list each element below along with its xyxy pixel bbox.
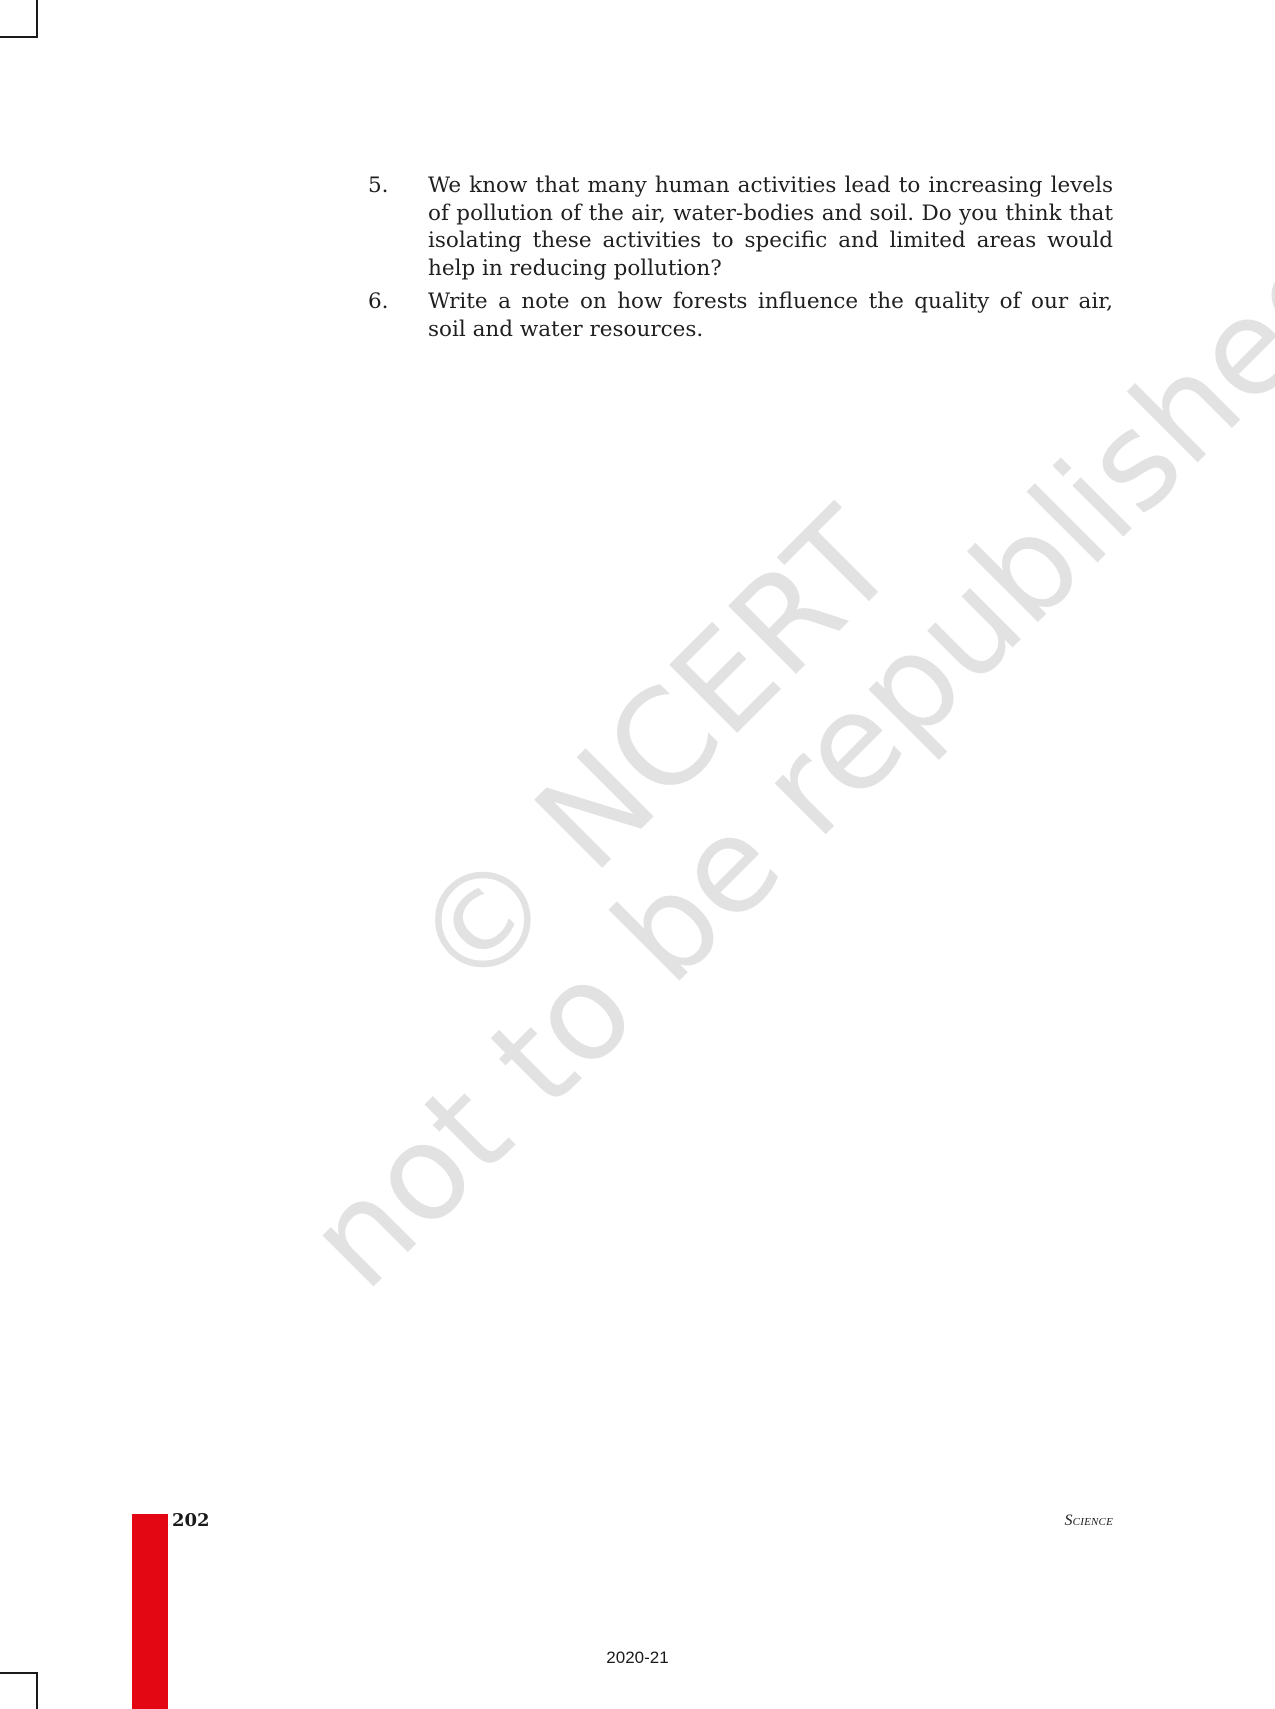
running-head: Science xyxy=(1064,1512,1113,1530)
page-number: 202 xyxy=(172,1510,210,1531)
crop-mark-top-left xyxy=(0,0,38,38)
question-5: 5. We know that many human activities le… xyxy=(368,172,1113,282)
exercise-questions: 5. We know that many human activities le… xyxy=(368,172,1113,349)
crop-mark-bottom-left xyxy=(0,1672,38,1709)
watermark-line-2: not to be republished xyxy=(279,209,1275,1318)
question-text: We know that many human activities lead … xyxy=(428,172,1113,282)
edition-year: 2020-21 xyxy=(0,1648,1275,1668)
question-text: Write a note on how forests influence th… xyxy=(428,288,1113,343)
watermark-line-1: © NCERT xyxy=(384,481,926,1023)
question-6: 6. Write a note on how forests influence… xyxy=(368,288,1113,343)
question-number: 5. xyxy=(368,172,428,282)
question-number: 6. xyxy=(368,288,428,343)
page-marker-bar xyxy=(132,1514,168,1709)
